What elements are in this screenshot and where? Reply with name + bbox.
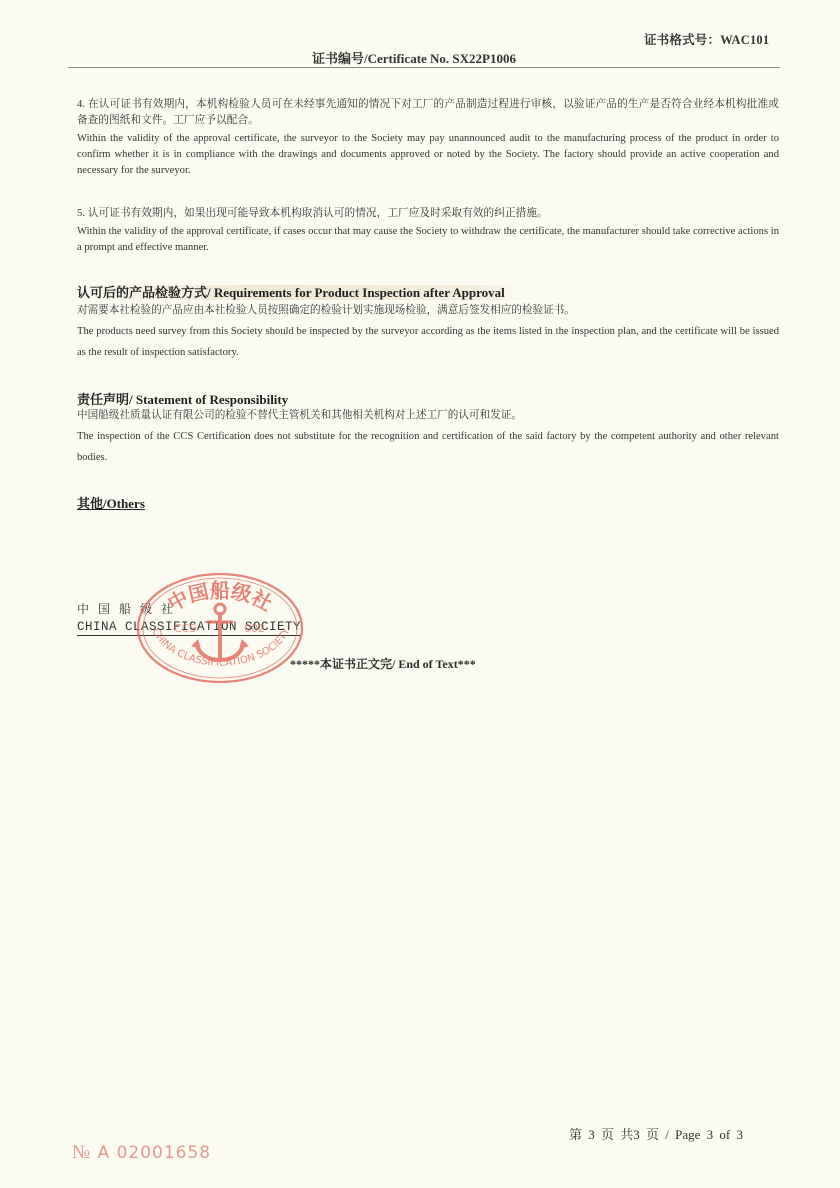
serial-value: A 02001658 bbox=[98, 1143, 212, 1163]
others-heading: 其他/Others bbox=[77, 493, 145, 512]
form-number: 证书格式号：WAC101 bbox=[644, 30, 769, 48]
signature-org-en: CHINA CLASSIFICATION SOCIETY bbox=[77, 620, 301, 636]
inspection-heading: 认可后的产品检验方式/ Requirements for Product Ins… bbox=[77, 282, 523, 301]
clause-5-zh: 5. 认可证书有效期内，如果出现可能导致本机构取消认可的情况，工厂应及时采取有效… bbox=[77, 208, 548, 219]
serial-number: № A 02001658 bbox=[72, 1142, 211, 1164]
certificate-number: 证书编号/Certificate No. SX22P1006 bbox=[312, 48, 516, 67]
page-indicator: 第 3 页 共3 页 / Page 3 of 3 bbox=[569, 1124, 743, 1143]
header-divider bbox=[68, 67, 780, 68]
inspection-en: The products need survey from this Socie… bbox=[77, 321, 779, 363]
clause-4-en: Within the validity of the approval cert… bbox=[77, 131, 779, 179]
end-of-text: *****本证书正文完/ End of Text*** bbox=[290, 655, 476, 672]
responsibility-en: The inspection of the CCS Certification … bbox=[77, 426, 779, 468]
clause-4-zh: 4. 在认可证书有效期内，本机构检验人员可在未经事先通知的情况下对工厂的产品制造… bbox=[77, 99, 779, 126]
responsibility-zh: 中国船级社质量认证有限公司的检验不替代主管机关和其他相关机构对上述工厂的认可和发… bbox=[77, 405, 779, 426]
clause-5-en: Within the validity of the approval cert… bbox=[77, 224, 779, 256]
responsibility-body: 中国船级社质量认证有限公司的检验不替代主管机关和其他相关机构对上述工厂的认可和发… bbox=[77, 405, 779, 468]
signature-org-zh: 中国船级社 bbox=[77, 600, 182, 617]
serial-prefix: № bbox=[72, 1142, 91, 1163]
inspection-body: 对需要本社检验的产品应由本社检验人员按照确定的检验计划实施现场检验，满意后签发相… bbox=[77, 300, 779, 363]
inspection-zh: 对需要本社检验的产品应由本社检验人员按照确定的检验计划实施现场检验，满意后签发相… bbox=[77, 300, 779, 321]
clause-4: 4. 在认可证书有效期内，本机构检验人员可在未经事先通知的情况下对工厂的产品制造… bbox=[77, 97, 779, 179]
clause-5: 5. 认可证书有效期内，如果出现可能导致本机构取消认可的情况，工厂应及时采取有效… bbox=[77, 206, 779, 256]
inspection-heading-text: 认可后的产品检验方式/ Requirements for Product Ins… bbox=[77, 285, 523, 300]
